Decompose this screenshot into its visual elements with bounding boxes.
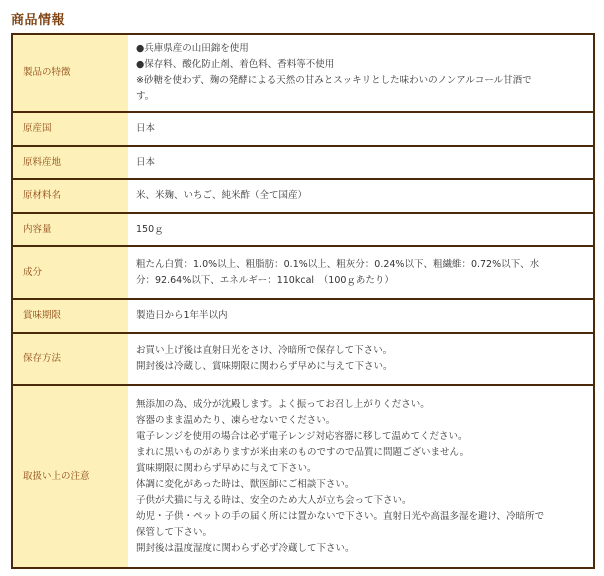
value-line: 粗たん白質：1.0%以上、粗脂肪：0.1%以上、粗灰分：0.24%以下、粗繊維：…: [136, 257, 585, 273]
row-value: 日本: [128, 146, 594, 179]
row-value: お買い上げ後は直射日光をさけ、冷暗所で保存して下さい。 開封後は冷蔵し、賞味期限…: [128, 333, 594, 385]
section-title: 商品情報: [11, 9, 65, 28]
row-value: 日本: [128, 112, 594, 146]
row-label: 製品の特徴: [12, 34, 128, 112]
value-line: ●保存料、酸化防止剤、着色料、香料等不使用: [136, 57, 585, 73]
value-line: まれに黒いものがありますが米由来のものですので品質に問題ございません。: [136, 445, 585, 461]
row-label: 原料産地: [12, 146, 128, 179]
table-row-composition: 成分 粗たん白質：1.0%以上、粗脂肪：0.1%以上、粗灰分：0.24%以下、粗…: [12, 246, 594, 299]
table-row-features: 製品の特徴 ●兵庫県産の山田錦を使用 ●保存料、酸化防止剤、着色料、香料等不使用…: [12, 34, 594, 112]
row-value: 無添加の為、成分が沈殿します。よく振ってお召し上がりください。 容器のまま温めた…: [128, 385, 594, 568]
value-line: 保管して下さい。: [136, 525, 585, 541]
value-line: 賞味期限に関わらず早めに与えて下さい。: [136, 461, 585, 477]
value-line: 日本: [136, 121, 585, 137]
value-line: 分：92.64%以下、エネルギー：110kcal （100ｇあたり）: [136, 273, 585, 289]
table-row-expiry: 賞味期限 製造日から1年半以内: [12, 299, 594, 333]
row-label: 賞味期限: [12, 299, 128, 333]
product-info-table: 製品の特徴 ●兵庫県産の山田錦を使用 ●保存料、酸化防止剤、着色料、香料等不使用…: [11, 33, 595, 569]
row-label: 取扱い上の注意: [12, 385, 128, 568]
value-line: 幼児・子供・ペットの手の届く所には置かないで下さい。直射日光や高温多湿を避け、冷…: [136, 509, 585, 525]
value-line: 日本: [136, 155, 585, 171]
value-line: 容器のまま温めたり、凍らせないでください。: [136, 413, 585, 429]
row-value: 150ｇ: [128, 213, 594, 246]
value-line: 電子レンジを使用の場合は必ず電子レンジ対応容器に移して温めてください。: [136, 429, 585, 445]
table-row-volume: 内容量 150ｇ: [12, 213, 594, 246]
row-label: 原材料名: [12, 179, 128, 213]
table-row-origin-country: 原産国 日本: [12, 112, 594, 146]
table-row-handling-notes: 取扱い上の注意 無添加の為、成分が沈殿します。よく振ってお召し上がりください。 …: [12, 385, 594, 568]
row-value: 米、米麹、いちご、純米酢（全て国産）: [128, 179, 594, 213]
table-row-ingredient-origin: 原料産地 日本: [12, 146, 594, 179]
value-line: 米、米麹、いちご、純米酢（全て国産）: [136, 188, 585, 204]
row-label: 原産国: [12, 112, 128, 146]
row-value: 製造日から1年半以内: [128, 299, 594, 333]
table-row-ingredients: 原材料名 米、米麹、いちご、純米酢（全て国産）: [12, 179, 594, 213]
table-row-storage: 保存方法 お買い上げ後は直射日光をさけ、冷暗所で保存して下さい。 開封後は冷蔵し…: [12, 333, 594, 385]
value-line: 開封後は冷蔵し、賞味期限に関わらず早めに与えて下さい。: [136, 359, 585, 375]
row-label: 成分: [12, 246, 128, 299]
value-line: 開封後は温度湿度に関わらず必ず冷蔵して下さい。: [136, 541, 585, 557]
value-line: 子供が犬猫に与える時は、安全のため大人が立ち会って下さい。: [136, 493, 585, 509]
row-value: ●兵庫県産の山田錦を使用 ●保存料、酸化防止剤、着色料、香料等不使用 ※砂糖を使…: [128, 34, 594, 112]
value-line: 体調に変化があった時は、獣医師にご相談下さい。: [136, 477, 585, 493]
value-line: す。: [136, 89, 585, 105]
value-line: 無添加の為、成分が沈殿します。よく振ってお召し上がりください。: [136, 397, 585, 413]
row-label: 内容量: [12, 213, 128, 246]
row-value: 粗たん白質：1.0%以上、粗脂肪：0.1%以上、粗灰分：0.24%以下、粗繊維：…: [128, 246, 594, 299]
value-line: 製造日から1年半以内: [136, 308, 585, 324]
row-label: 保存方法: [12, 333, 128, 385]
value-line: 150ｇ: [136, 222, 585, 238]
value-line: ※砂糖を使わず、麹の発酵による天然の甘みとスッキリとした味わいのノンアルコール甘…: [136, 73, 585, 89]
value-line: ●兵庫県産の山田錦を使用: [136, 41, 585, 57]
value-line: お買い上げ後は直射日光をさけ、冷暗所で保存して下さい。: [136, 343, 585, 359]
